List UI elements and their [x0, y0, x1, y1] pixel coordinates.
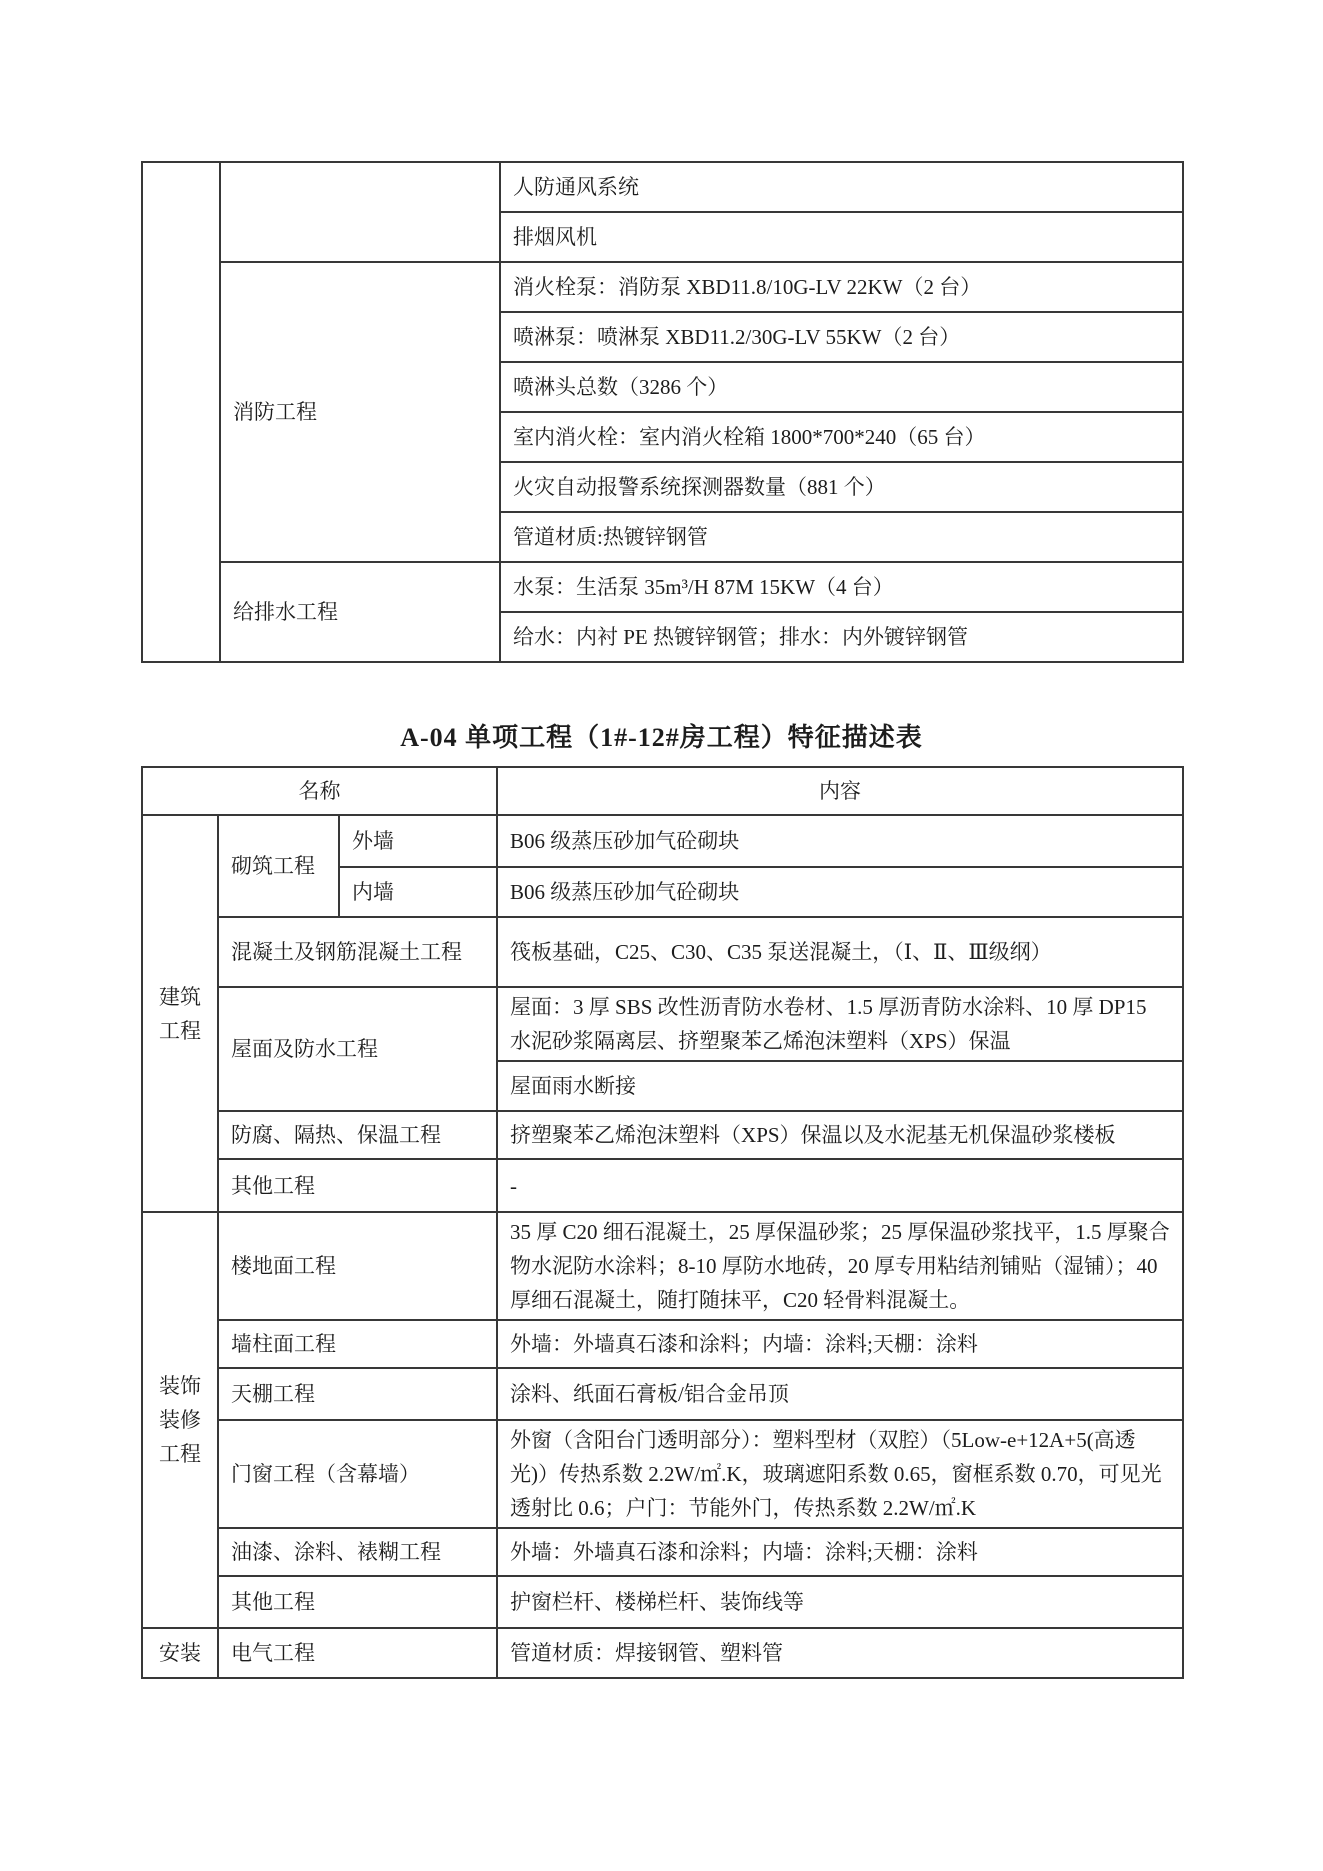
t1-row-hydrant-pump: 消火栓泵：消防泵 XBD11.8/10G-LV 22KW（2 台）: [500, 262, 1183, 312]
t1-row-indoor-hydrant: 室内消火栓：室内消火栓箱 1800*700*240（65 台）: [500, 412, 1183, 462]
t2-sublabel-exterior-wall: 外墙: [339, 815, 497, 867]
t1-row-ventilation-system: 人防通风系统: [500, 162, 1183, 212]
t2-label-doors-windows: 门窗工程（含幕墙）: [218, 1420, 497, 1528]
t1-group-label-fire-protection: 消防工程: [220, 262, 500, 562]
t2-content-anticorrosion-insulation: 挤塑聚苯乙烯泡沫塑料（XPS）保温以及水泥基无机保温砂浆楼板: [497, 1111, 1183, 1159]
installation-works-table: 人防通风系统 排烟风机 消防工程 消火栓泵：消防泵 XBD11.8/10G-LV…: [141, 161, 1184, 663]
t2-label-wall-column: 墙柱面工程: [218, 1320, 497, 1368]
t2-content-concrete: 筏板基础，C25、C30、C35 泵送混凝土，（Ⅰ、Ⅱ、Ⅲ级纲）: [497, 917, 1183, 987]
t2-content-roof-rainwater: 屋面雨水断接: [497, 1061, 1183, 1111]
t2-label-flooring: 楼地面工程: [218, 1212, 497, 1320]
t2-content-roof: 屋面：3 厚 SBS 改性沥青防水卷材、1.5 厚沥青防水涂料、10 厚 DP1…: [497, 987, 1183, 1061]
t2-content-other-decoration: 护窗栏杆、楼梯栏杆、装饰线等: [497, 1576, 1183, 1628]
t2-category-building: 建筑工程: [142, 815, 218, 1212]
t2-content-ceiling: 涂料、纸面石膏板/铝合金吊顶: [497, 1368, 1183, 1420]
t2-label-anticorrosion-insulation: 防腐、隔热、保温工程: [218, 1111, 497, 1159]
t1-group-label-empty: [220, 162, 500, 262]
t2-content-electrical: 管道材质：焊接钢管、塑料管: [497, 1628, 1183, 1678]
t2-content-wall-column: 外墙：外墙真石漆和涂料；内墙：涂料;天棚：涂料: [497, 1320, 1183, 1368]
t1-row-water-supply-drainage: 给水：内衬 PE 热镀锌钢管；排水：内外镀锌钢管: [500, 612, 1183, 662]
page-title: A-04 单项工程（1#-12#房工程）特征描述表: [0, 722, 1323, 754]
t2-category-decoration: 装饰装修工程: [142, 1212, 218, 1628]
t2-label-other-decoration: 其他工程: [218, 1576, 497, 1628]
t1-row-sprinkler-head-count: 喷淋头总数（3286 个）: [500, 362, 1183, 412]
t2-sublabel-interior-wall: 内墙: [339, 867, 497, 917]
t2-category-installation: 安装: [142, 1628, 218, 1678]
t2-content-flooring: 35 厚 C20 细石混凝土，25 厚保温砂浆；25 厚保温砂浆找平，1.5 厚…: [497, 1212, 1183, 1320]
t1-group-label-plumbing: 给排水工程: [220, 562, 500, 662]
t2-content-doors-windows: 外窗（含阳台门透明部分）：塑料型材（双腔）（5Low-e+12A+5(高透光)）…: [497, 1420, 1183, 1528]
t2-content-paint-coating: 外墙：外墙真石漆和涂料；内墙：涂料;天棚：涂料: [497, 1528, 1183, 1576]
t2-label-electrical: 电气工程: [218, 1628, 497, 1678]
document-page: 人防通风系统 排烟风机 消防工程 消火栓泵：消防泵 XBD11.8/10G-LV…: [0, 0, 1323, 1871]
t2-label-roof-waterproofing: 屋面及防水工程: [218, 987, 497, 1111]
t2-header-name: 名称: [142, 767, 497, 815]
t1-row-water-pump: 水泵：生活泵 35m³/H 87M 15KW（4 台）: [500, 562, 1183, 612]
t2-header-content: 内容: [497, 767, 1183, 815]
t1-row-pipe-material: 管道材质:热镀锌钢管: [500, 512, 1183, 562]
t1-category-cell-empty: [142, 162, 220, 662]
t2-content-exterior-wall: B06 级蒸压砂加气砼砌块: [497, 815, 1183, 867]
feature-description-table: 名称 内容 建筑工程 砌筑工程 外墙 B06 级蒸压砂加气砼砌块 内墙 B06 …: [141, 766, 1184, 1679]
t2-content-other-building: -: [497, 1159, 1183, 1212]
t2-label-paint-coating: 油漆、涂料、裱糊工程: [218, 1528, 497, 1576]
t1-row-fire-alarm-detectors: 火灾自动报警系统探测器数量（881 个）: [500, 462, 1183, 512]
t2-label-masonry: 砌筑工程: [218, 815, 339, 917]
t2-label-concrete: 混凝土及钢筋混凝土工程: [218, 917, 497, 987]
t2-content-interior-wall: B06 级蒸压砂加气砼砌块: [497, 867, 1183, 917]
t1-row-sprinkler-pump: 喷淋泵：喷淋泵 XBD11.2/30G-LV 55KW（2 台）: [500, 312, 1183, 362]
t2-label-other-building: 其他工程: [218, 1159, 497, 1212]
t2-label-ceiling: 天棚工程: [218, 1368, 497, 1420]
t1-row-smoke-exhaust-fan: 排烟风机: [500, 212, 1183, 262]
